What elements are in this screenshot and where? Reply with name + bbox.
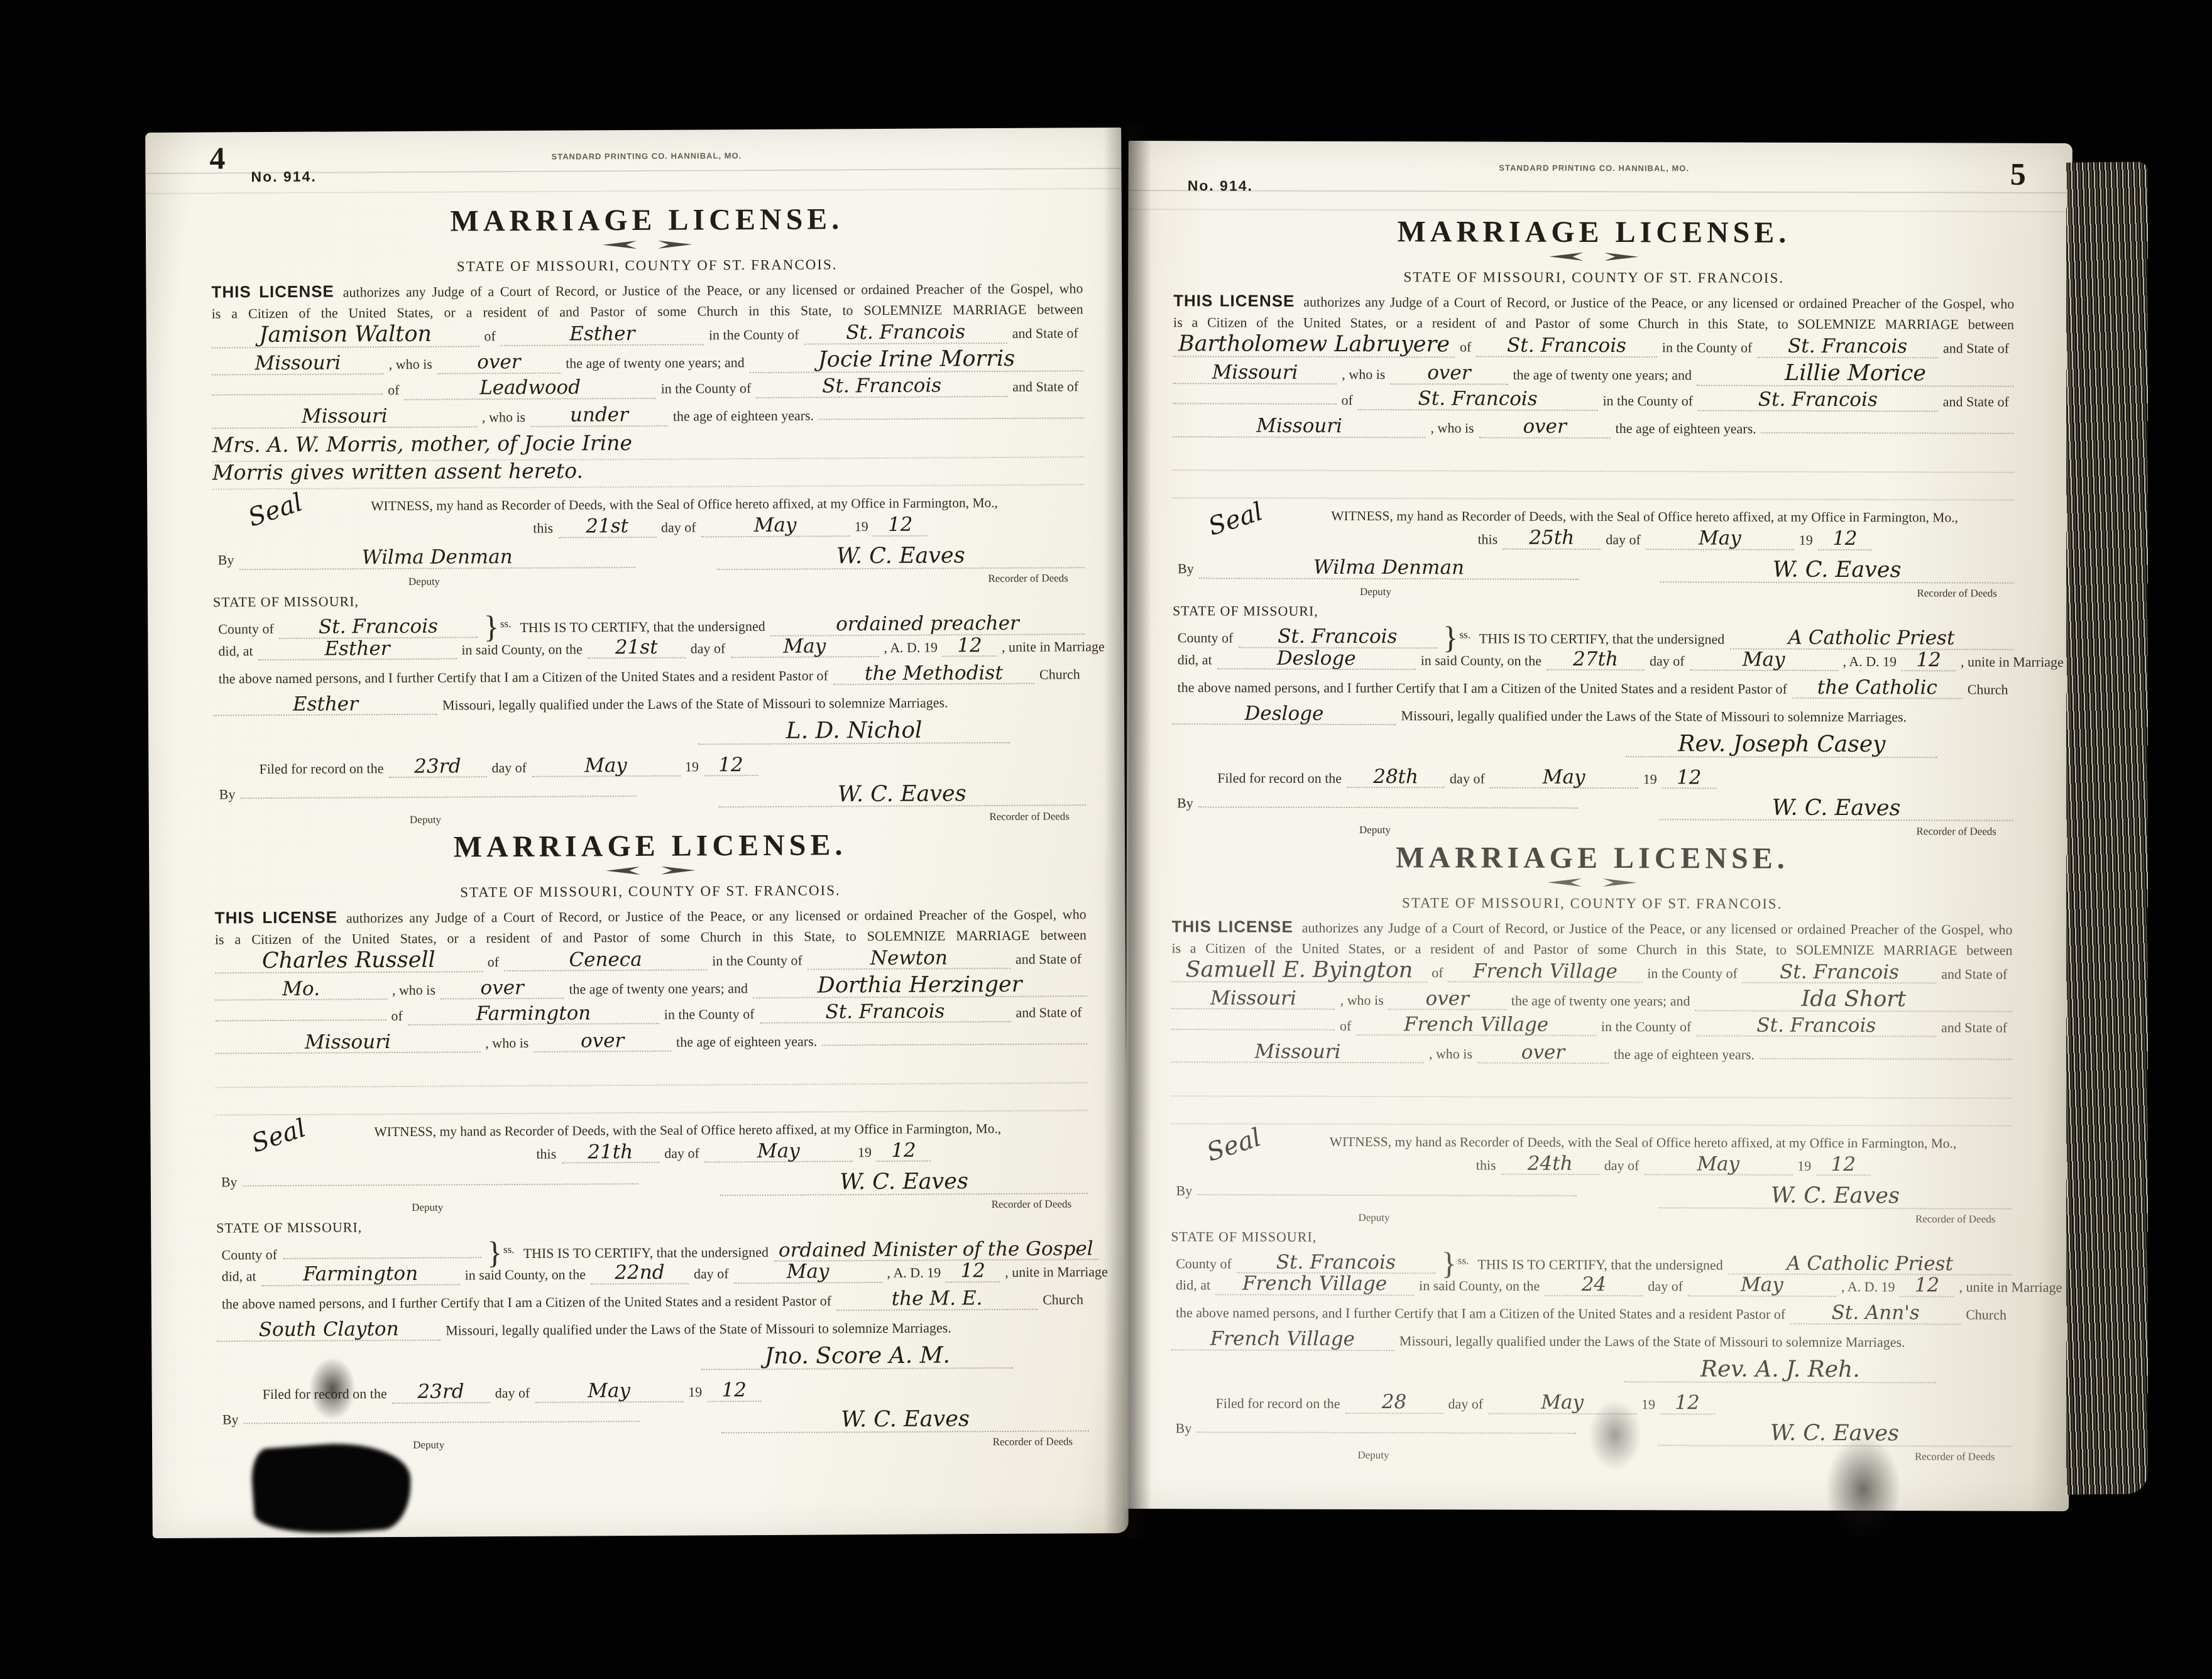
form-subtitle: STATE OF MISSOURI, COUNTY OF ST. FRANCOI… <box>1172 894 2013 913</box>
bride-line: of Leadwood in the County of St. Francoi… <box>212 375 1083 407</box>
marriage-license-form: MARRIAGE LICENSE. STATE OF MISSOURI, COU… <box>1170 839 2013 1463</box>
deputy-cell: By Deputy <box>214 784 637 828</box>
witness-month-field: May <box>1644 1154 1792 1176</box>
witness-signature-row: By Wilma Denman Deputy W. C. Eaves Recor… <box>213 544 1085 589</box>
marriage-year: 12 <box>1915 1274 1940 1297</box>
marriage-month-field: May <box>1690 649 1838 671</box>
filed-recorder-signature: W. C. Eaves <box>841 1407 970 1433</box>
by-label: By <box>217 1412 244 1428</box>
filed-line: Filed for record on the 23rd day of May … <box>214 753 1085 785</box>
officiant-signature: L. D. Nichol <box>786 717 923 743</box>
witness-month-field: May <box>701 515 850 537</box>
bride-name-field: Ida Short <box>1695 987 2012 1012</box>
year-prefix: 19 <box>853 1144 877 1161</box>
witness-day-field: 21st <box>558 516 656 538</box>
recorder-cell: W. C. Eaves Recorder of Deeds <box>1660 796 2013 838</box>
by-line: By Wilma Denman <box>213 546 636 576</box>
deputy-label: Deputy <box>1171 1211 1577 1225</box>
page-5-content: No. 914. 5 STANDARD PRINTING CO. HANNIBA… <box>1125 141 2072 1482</box>
bride-age-line: Missouri , who is over the age of eighte… <box>1171 1041 2012 1071</box>
witness-day-field: 25th <box>1503 528 1601 550</box>
witness-block: Seal WITNESS, my hand as Recorder of Dee… <box>216 1118 1087 1173</box>
bride-residence: Farmington <box>476 1002 591 1025</box>
by-label: By <box>1172 795 1198 811</box>
filed-month-field: May <box>535 1381 683 1403</box>
day-of-label: day of <box>486 760 532 776</box>
assent-line-2 <box>1173 471 2013 501</box>
filed-month-field: May <box>1490 767 1638 789</box>
deputy-cell: By Deputy <box>1171 1183 1577 1225</box>
by-line: By <box>1170 1421 1576 1450</box>
ad19-label: , A. D. 19 <box>879 639 943 656</box>
certify-2: the above named persons, and I further C… <box>1173 679 1792 697</box>
seal-script: Seal <box>1205 497 1266 542</box>
assent-line-2: Morris gives written assent hereto. <box>212 457 1084 489</box>
church-location: French Village <box>1210 1328 1355 1351</box>
who-is-label: , who is <box>1337 366 1390 383</box>
of-label: of <box>1335 1018 1356 1034</box>
marriage-year: 12 <box>960 1260 985 1282</box>
bride-name: Jocie Irine Morris <box>818 346 1016 373</box>
bride-age-line: Missouri , who is over the age of eighte… <box>216 1028 1087 1060</box>
by-label: By <box>214 786 241 802</box>
groom-state-field: Missouri <box>212 353 384 375</box>
marriage-place-field: French Village <box>1215 1274 1414 1296</box>
form-subtitle: STATE OF MISSOURI, COUNTY OF ST. FRANCOI… <box>1173 268 2014 287</box>
marriage-license-record-1: MARRIAGE LICENSE. STATE OF MISSOURI, COU… <box>211 200 1086 827</box>
county-of-label: County of <box>213 621 279 638</box>
pastor-line: the above named persons, and I further C… <box>214 662 1085 694</box>
year-prefix: 19 <box>1636 1397 1660 1413</box>
license-body-1: authorizes any Judge of a Court of Recor… <box>346 906 1087 926</box>
license-paragraph: THIS LICENSEauthorizes any Judge of a Co… <box>1173 291 2014 335</box>
blank-field <box>212 393 383 395</box>
title-divider-icon <box>214 863 1086 880</box>
by-label: By <box>213 552 239 568</box>
groom-state: Missouri <box>255 351 341 375</box>
groom-line: Bartholomew Labruyere of St. Francois in… <box>1173 332 2014 363</box>
blank-field <box>1761 432 2014 434</box>
deputy-signature-field <box>243 1183 639 1186</box>
deputy-label: Deputy <box>1170 1449 1576 1463</box>
church-name-field: the M. E. <box>836 1288 1038 1311</box>
ad19-label: , A. D. 19 <box>882 1265 946 1282</box>
bride-county-field: St. Francois <box>756 375 1007 398</box>
recorder-label: Recorder of Deeds <box>717 572 1085 586</box>
witness-block: Seal WITNESS, my hand as Recorder of Dee… <box>212 493 1084 547</box>
recorder-signature: W. C. Eaves <box>1771 1183 1900 1209</box>
filed-line: Filed for record on the 28 day of May 19… <box>1171 1392 2012 1422</box>
groom-residence-field: French Village <box>1448 961 1643 983</box>
filed-recorder-field: W. C. Eaves <box>721 1408 1089 1434</box>
witness-day-field: 21th <box>561 1142 659 1164</box>
deputy-label: Deputy <box>214 812 637 828</box>
day-of-label: day of <box>1599 1157 1645 1174</box>
who-is-label: , who is <box>387 982 441 998</box>
county-label: in the County of <box>707 952 808 969</box>
groom-age: over <box>1427 361 1470 384</box>
year-prefix: 19 <box>1792 1158 1816 1174</box>
seal-script: Seal <box>244 488 306 532</box>
cert-county-field: St. Francois <box>1238 626 1437 648</box>
witness-month-field: May <box>704 1140 853 1163</box>
county-label: in the County of <box>656 380 757 397</box>
groom-county-field: St. Francois <box>1757 336 1938 358</box>
witness-signature-row: By Wilma Denman Deputy W. C. Eaves Recor… <box>1173 557 2013 600</box>
recorder-signature-field: W. C. Eaves <box>1660 558 2013 583</box>
marriage-license-form: MARRIAGE LICENSE. STATE OF MISSOURI, COU… <box>211 200 1086 827</box>
unite-label: , unite in Marriage <box>1954 1279 2067 1296</box>
seal-script: Seal <box>248 1113 310 1158</box>
filed-label: Filed for record on the <box>1211 1396 1345 1413</box>
deputy-cell: By Deputy <box>216 1172 639 1215</box>
officiant-signature-row: Rev. A. J. Reh. <box>1171 1357 2012 1392</box>
recorder-signature-field: W. C. Eaves <box>1659 1184 2012 1209</box>
ss-label: ss. <box>503 1244 518 1256</box>
officiant-type: ordained Minister of the Gospel <box>779 1237 1093 1262</box>
deputy-cell: By Wilma Denman Deputy <box>1173 557 1579 599</box>
assent-line-2 <box>1171 1097 2012 1127</box>
of-label: of <box>479 328 500 344</box>
year-prefix: 19 <box>680 758 704 775</box>
filed-label: Filed for record on the <box>1212 770 1347 787</box>
filed-recorder-signature: W. C. Eaves <box>1770 1421 1899 1447</box>
assent-line-1 <box>216 1056 1087 1088</box>
deputy-signature: Wilma Denman <box>1313 556 1464 579</box>
filed-day: 23rd <box>417 1381 464 1403</box>
license-body-line-1: THIS LICENSEauthorizes any Judge of a Co… <box>1173 291 2014 314</box>
bride-name-field: Dorthia Herzinger <box>753 973 1087 999</box>
recorder-cell: W. C. Eaves Recorder of Deeds <box>720 1169 1088 1212</box>
filed-month: May <box>1541 1391 1584 1414</box>
groom-residence: Ceneca <box>569 948 642 971</box>
in-said-county-label: in said County, on the <box>1416 652 1547 669</box>
filed-month: May <box>584 754 627 777</box>
bride-state: Missouri <box>1256 415 1342 437</box>
by-line: By <box>216 1172 639 1202</box>
by-line: By <box>214 784 637 814</box>
did-at-label: did, at <box>1173 652 1217 668</box>
groom-state: Missouri <box>1212 361 1298 383</box>
form-title: MARRIAGE LICENSE. <box>1172 839 2013 877</box>
title-divider-icon <box>1173 251 2014 266</box>
bride-name-field: Jocie Irine Morris <box>750 347 1083 373</box>
church-name: St. Ann's <box>1832 1301 1920 1324</box>
bride-state: Missouri <box>1255 1040 1341 1063</box>
day-of-label: day of <box>656 520 701 536</box>
groom-residence: French Village <box>1473 960 1618 983</box>
filed-label: Filed for record on the <box>254 760 388 777</box>
marriage-license-form: MARRIAGE LICENSE. STATE OF MISSOURI, COU… <box>1172 214 2015 838</box>
recorder-label: Recorder of Deeds <box>1660 824 2013 838</box>
witness-year-field: 12 <box>877 1140 931 1162</box>
year-prefix: 19 <box>1638 771 1662 787</box>
printer-imprint: STANDARD PRINTING CO. HANNIBAL, MO. <box>211 149 1082 163</box>
bride-age-field: over <box>1477 1042 1609 1064</box>
church-name-field: the Methodist <box>833 662 1034 685</box>
by-label: By <box>1170 1421 1196 1437</box>
filed-recorder-signature: W. C. Eaves <box>1772 795 1901 821</box>
filed-month-field: May <box>532 755 680 777</box>
filed-signature-row: By Deputy W. C. Eaves Recorder of Deeds <box>1172 795 2013 838</box>
state-label: and State of <box>1010 1004 1087 1021</box>
groom-county: St. Francois <box>1780 960 1899 983</box>
by-label: By <box>1173 561 1199 577</box>
by-line: By <box>1172 795 1578 824</box>
church-name-field: the Catholic <box>1792 677 1963 699</box>
marriage-license-record-3: MARRIAGE LICENSE. STATE OF MISSOURI, COU… <box>1172 214 2015 838</box>
groom-name: Charles Russell <box>262 947 435 973</box>
groom-county: St. Francois <box>1788 335 1907 358</box>
filed-year: 12 <box>1675 1392 1700 1414</box>
certify-line: County of St. Francois } ss. THIS IS TO … <box>213 606 1085 639</box>
bride-age-field: under <box>530 405 668 427</box>
recorder-line: W. C. Eaves <box>1659 1184 2012 1212</box>
witness-month: May <box>1697 1152 1739 1175</box>
groom-age-field: over <box>1390 363 1508 385</box>
deputy-cell: By Wilma Denman Deputy <box>213 546 636 589</box>
day-of-label: day of <box>1645 653 1690 669</box>
witness-signature-row: By Deputy W. C. Eaves Recorder of Deeds <box>216 1169 1088 1215</box>
groom-name-field: Jamison Walton <box>212 322 479 348</box>
filed-year-field: 12 <box>704 755 758 777</box>
church-location-field: Esther <box>214 693 437 716</box>
bride-line: of St. Francois in the County of St. Fra… <box>1173 388 2014 418</box>
filed-signature-row: By Deputy W. C. Eaves Recorder of Deeds <box>1170 1421 2011 1464</box>
page-5-header: No. 914. 5 STANDARD PRINTING CO. HANNIBA… <box>1174 152 2015 212</box>
witness-year-field: 12 <box>873 515 928 537</box>
who-is-label: , who is <box>480 1035 534 1051</box>
state-heading: STATE OF MISSOURI, <box>1171 1228 2012 1247</box>
church-name: the Catholic <box>1817 676 1937 699</box>
book-page-4: 4 No. 914. STANDARD PRINTING CO. HANNIBA… <box>145 128 1129 1538</box>
qualified-statement: Missouri, legally qualified under the La… <box>1394 1333 1910 1351</box>
marriage-place-field: Esther <box>258 638 456 660</box>
state-label: and State of <box>1938 393 2014 410</box>
marriage-day-field: 22nd <box>591 1262 689 1284</box>
recorder-line: W. C. Eaves <box>718 782 1086 811</box>
license-paragraph: THIS LICENSEauthorizes any Judge of a Co… <box>215 904 1087 949</box>
qualified-statement: Missouri, legally qualified under the La… <box>437 694 953 713</box>
assent-text-2: Morris gives written assent hereto. <box>212 460 583 484</box>
marriage-year-field: 12 <box>946 1261 1000 1282</box>
recorder-cell: W. C. Eaves Recorder of Deeds <box>1658 1422 2011 1463</box>
ss-label: ss. <box>500 618 515 630</box>
unite-label: , unite in Marriage <box>1956 654 2069 670</box>
blank-field <box>216 1019 386 1021</box>
age18-label: the age of eighteen years. <box>671 1033 822 1050</box>
assent-text-1: Mrs. A. W. Morris, mother, of Jocie Irin… <box>212 432 632 456</box>
county-of-label: County of <box>1171 1255 1237 1272</box>
bride-residence-field: French Village <box>1356 1014 1596 1037</box>
day-of-label: day of <box>659 1145 704 1161</box>
deputy-cell: By Deputy <box>1170 1421 1576 1463</box>
bride-county: St. Francois <box>825 1000 944 1023</box>
cert-county: St. Francois <box>1278 625 1397 648</box>
groom-state-field: Missouri <box>1171 988 1335 1010</box>
officiant-signature-field: Rev. Joseph Casey <box>1626 732 1937 758</box>
of-label: of <box>1455 339 1476 355</box>
groom-county-field: St. Francois <box>1743 961 1937 983</box>
recorder-signature: W. C. Eaves <box>1773 557 1902 583</box>
license-paragraph: THIS LICENSEauthorizes any Judge of a Co… <box>1171 917 2012 961</box>
bride-age-field: over <box>1479 416 1611 438</box>
who-is-label: , who is <box>1335 992 1389 1009</box>
bride-residence: French Village <box>1404 1013 1548 1036</box>
recorder-signature: W. C. Eaves <box>836 543 965 569</box>
recorder-cell: W. C. Eaves Recorder of Deeds <box>1660 558 2013 599</box>
assent-line-2 <box>216 1083 1087 1115</box>
bride-name: Dorthia Herzinger <box>818 972 1022 998</box>
certify-statement: THIS IS TO CERTIFY, that the undersigned <box>515 618 770 636</box>
bride-age: over <box>1523 415 1566 438</box>
filed-recorder-field: W. C. Eaves <box>1658 1422 2012 1447</box>
church-location: Desloge <box>1244 702 1323 725</box>
recorder-signature-field: W. C. Eaves <box>720 1169 1088 1196</box>
of-label: of <box>483 954 504 970</box>
page-number: 5 <box>2010 156 2026 192</box>
groom-residence-field: Esther <box>501 323 704 346</box>
groom-residence: Esther <box>569 322 635 346</box>
by-line: By Wilma Denman <box>1173 557 1579 586</box>
certify-2: the above named persons, and I further C… <box>217 1293 836 1313</box>
recorder-cell: W. C. Eaves Recorder of Deeds <box>717 544 1085 586</box>
certify-statement: THIS IS TO CERTIFY, that the undersigned <box>1472 1256 1727 1273</box>
license-body-1: authorizes any Judge of a Court of Recor… <box>1302 919 2013 937</box>
marriage-license-form: MARRIAGE LICENSE. STATE OF MISSOURI, COU… <box>214 826 1089 1453</box>
age21-label: the age of twenty one years; and <box>561 354 750 372</box>
certify-2: the above named persons, and I further C… <box>214 667 833 687</box>
officiant-type-field: A Catholic Priest <box>1728 1253 2012 1276</box>
recorder-label: Recorder of Deeds <box>1658 1212 2012 1225</box>
book-scan: 4 No. 914. STANDARD PRINTING CO. HANNIBA… <box>0 0 2212 1679</box>
groom-age-line: Missouri , who is over the age of twenty… <box>1173 360 2014 390</box>
groom-age-line: Missouri , who is over the age of twenty… <box>212 347 1083 379</box>
bride-residence-field: Leadwood <box>405 377 656 400</box>
bride-residence-field: Farmington <box>408 1003 659 1026</box>
filed-year-field: 12 <box>1660 1393 1714 1415</box>
recorder-label: Recorder of Deeds <box>1660 586 2013 599</box>
cert-county-field: St. Francois <box>1237 1252 1435 1274</box>
church-label: Church <box>1961 1307 2012 1323</box>
day-of-label: day of <box>686 640 731 657</box>
filed-month: May <box>1543 765 1585 788</box>
marriage-year: 12 <box>957 634 982 657</box>
filed-day-field: 28th <box>1347 767 1445 789</box>
county-label: in the County of <box>1657 339 1758 356</box>
ss-brace-icon: } <box>1435 1250 1458 1276</box>
this-label: this <box>531 1146 561 1162</box>
witness-statement: WITNESS, my hand as Recorder of Deeds, w… <box>371 493 1084 516</box>
officiant-signature-field: L. D. Nichol <box>698 718 1010 745</box>
deputy-signature: Wilma Denman <box>362 545 513 569</box>
who-is-label: , who is <box>384 356 437 373</box>
filed-day-field: 23rd <box>392 1382 490 1404</box>
marriage-year-field: 12 <box>1900 1276 1954 1298</box>
bride-county: St. Francois <box>822 374 941 397</box>
filed-label: Filed for record on the <box>258 1386 392 1403</box>
groom-residence-field: St. Francois <box>1476 335 1657 357</box>
groom-residence-field: Ceneca <box>504 949 707 971</box>
marriage-place: French Village <box>1242 1272 1387 1296</box>
marriage-date-line: did, at French Village in said County, o… <box>1171 1274 2012 1304</box>
license-paragraph: THIS LICENSEauthorizes any Judge of a Co… <box>211 278 1083 324</box>
witness-day-field: 24th <box>1501 1153 1599 1175</box>
book-page-5: No. 914. 5 STANDARD PRINTING CO. HANNIBA… <box>1125 141 2072 1511</box>
deputy-label: Deputy <box>1173 585 1579 599</box>
in-said-county-label: in said County, on the <box>460 1267 591 1284</box>
church-label: Church <box>1038 1292 1088 1308</box>
witness-year-field: 12 <box>1818 528 1872 550</box>
marriage-place: Desloge <box>1277 647 1356 669</box>
officiant-signature: Rev. Joseph Casey <box>1678 731 1885 757</box>
assent-line-1 <box>1171 1069 2012 1099</box>
church-location: Esther <box>293 692 358 716</box>
filed-day-field: 28 <box>1345 1392 1443 1414</box>
marriage-day: 21st <box>615 636 658 659</box>
marriage-place: Esther <box>324 637 390 660</box>
by-line: By <box>1171 1183 1577 1211</box>
marriage-day: 22nd <box>615 1261 664 1284</box>
bride-state-field: Missouri <box>1171 1041 1424 1064</box>
filed-year-field: 12 <box>707 1380 761 1402</box>
county-label: in the County of <box>704 327 804 344</box>
recorder-signature: W. C. Eaves <box>840 1169 968 1195</box>
ss-brace-icon: } <box>481 1240 503 1265</box>
groom-name: Jamison Walton <box>259 322 432 347</box>
deputy-label: Deputy <box>216 1200 638 1215</box>
officiant-signature-field: Rev. A. J. Reh. <box>1624 1358 1936 1384</box>
state-label: and State of <box>1936 1019 2012 1036</box>
marriage-month: May <box>783 635 826 657</box>
license-body-line-1: THIS LICENSEauthorizes any Judge of a Co… <box>1172 917 2013 940</box>
marriage-year-field: 12 <box>943 635 997 657</box>
state-label: and State of <box>1010 951 1087 968</box>
bride-state-field: Missouri <box>1173 415 1426 438</box>
license-number: No. 914. <box>251 168 316 186</box>
certify-statement: THIS IS TO CERTIFY, that the undersigned <box>518 1244 774 1262</box>
witness-date-line: this 25th day of May 19 12 <box>1331 527 2013 558</box>
ss-label: ss. <box>1459 629 1474 642</box>
bride-residence-field: St. Francois <box>1358 388 1598 411</box>
groom-county: St. Francois <box>846 320 965 344</box>
recorder-signature-field: W. C. Eaves <box>717 544 1085 570</box>
blank-field <box>1171 1029 1335 1031</box>
year-prefix: 19 <box>1794 532 1818 549</box>
deputy-label: Deputy <box>1172 823 1578 837</box>
officiant-type-field: ordained Minister of the Gospel <box>774 1239 1098 1262</box>
bride-line: of French Village in the County of St. F… <box>1171 1014 2012 1044</box>
filed-deputy-field <box>1196 1432 1576 1435</box>
unite-label: , unite in Marriage <box>1000 1264 1113 1281</box>
officiant-signature-field: Jno. Score A. M. <box>701 1343 1013 1370</box>
marriage-month-field: May <box>1688 1275 1836 1297</box>
church-label: Church <box>1034 666 1085 682</box>
assent-line-1 <box>1173 443 2013 473</box>
county-label: in the County of <box>1597 393 1698 409</box>
witness-block: Seal WITNESS, my hand as Recorder of Dee… <box>1171 1132 2012 1184</box>
bride-county: St. Francois <box>1758 388 1878 411</box>
state-label: and State of <box>1007 378 1083 395</box>
of-label: of <box>1426 965 1448 981</box>
did-at-label: did, at <box>1171 1277 1215 1294</box>
bride-residence: Leadwood <box>479 376 581 399</box>
who-is-label: , who is <box>477 409 530 425</box>
groom-age: over <box>477 351 521 373</box>
officiant-type-field: A Catholic Priest <box>1729 628 2013 650</box>
witness-statement: WITNESS, my hand as Recorder of Deeds, w… <box>1331 506 2013 528</box>
did-at-label: did, at <box>217 1269 261 1285</box>
